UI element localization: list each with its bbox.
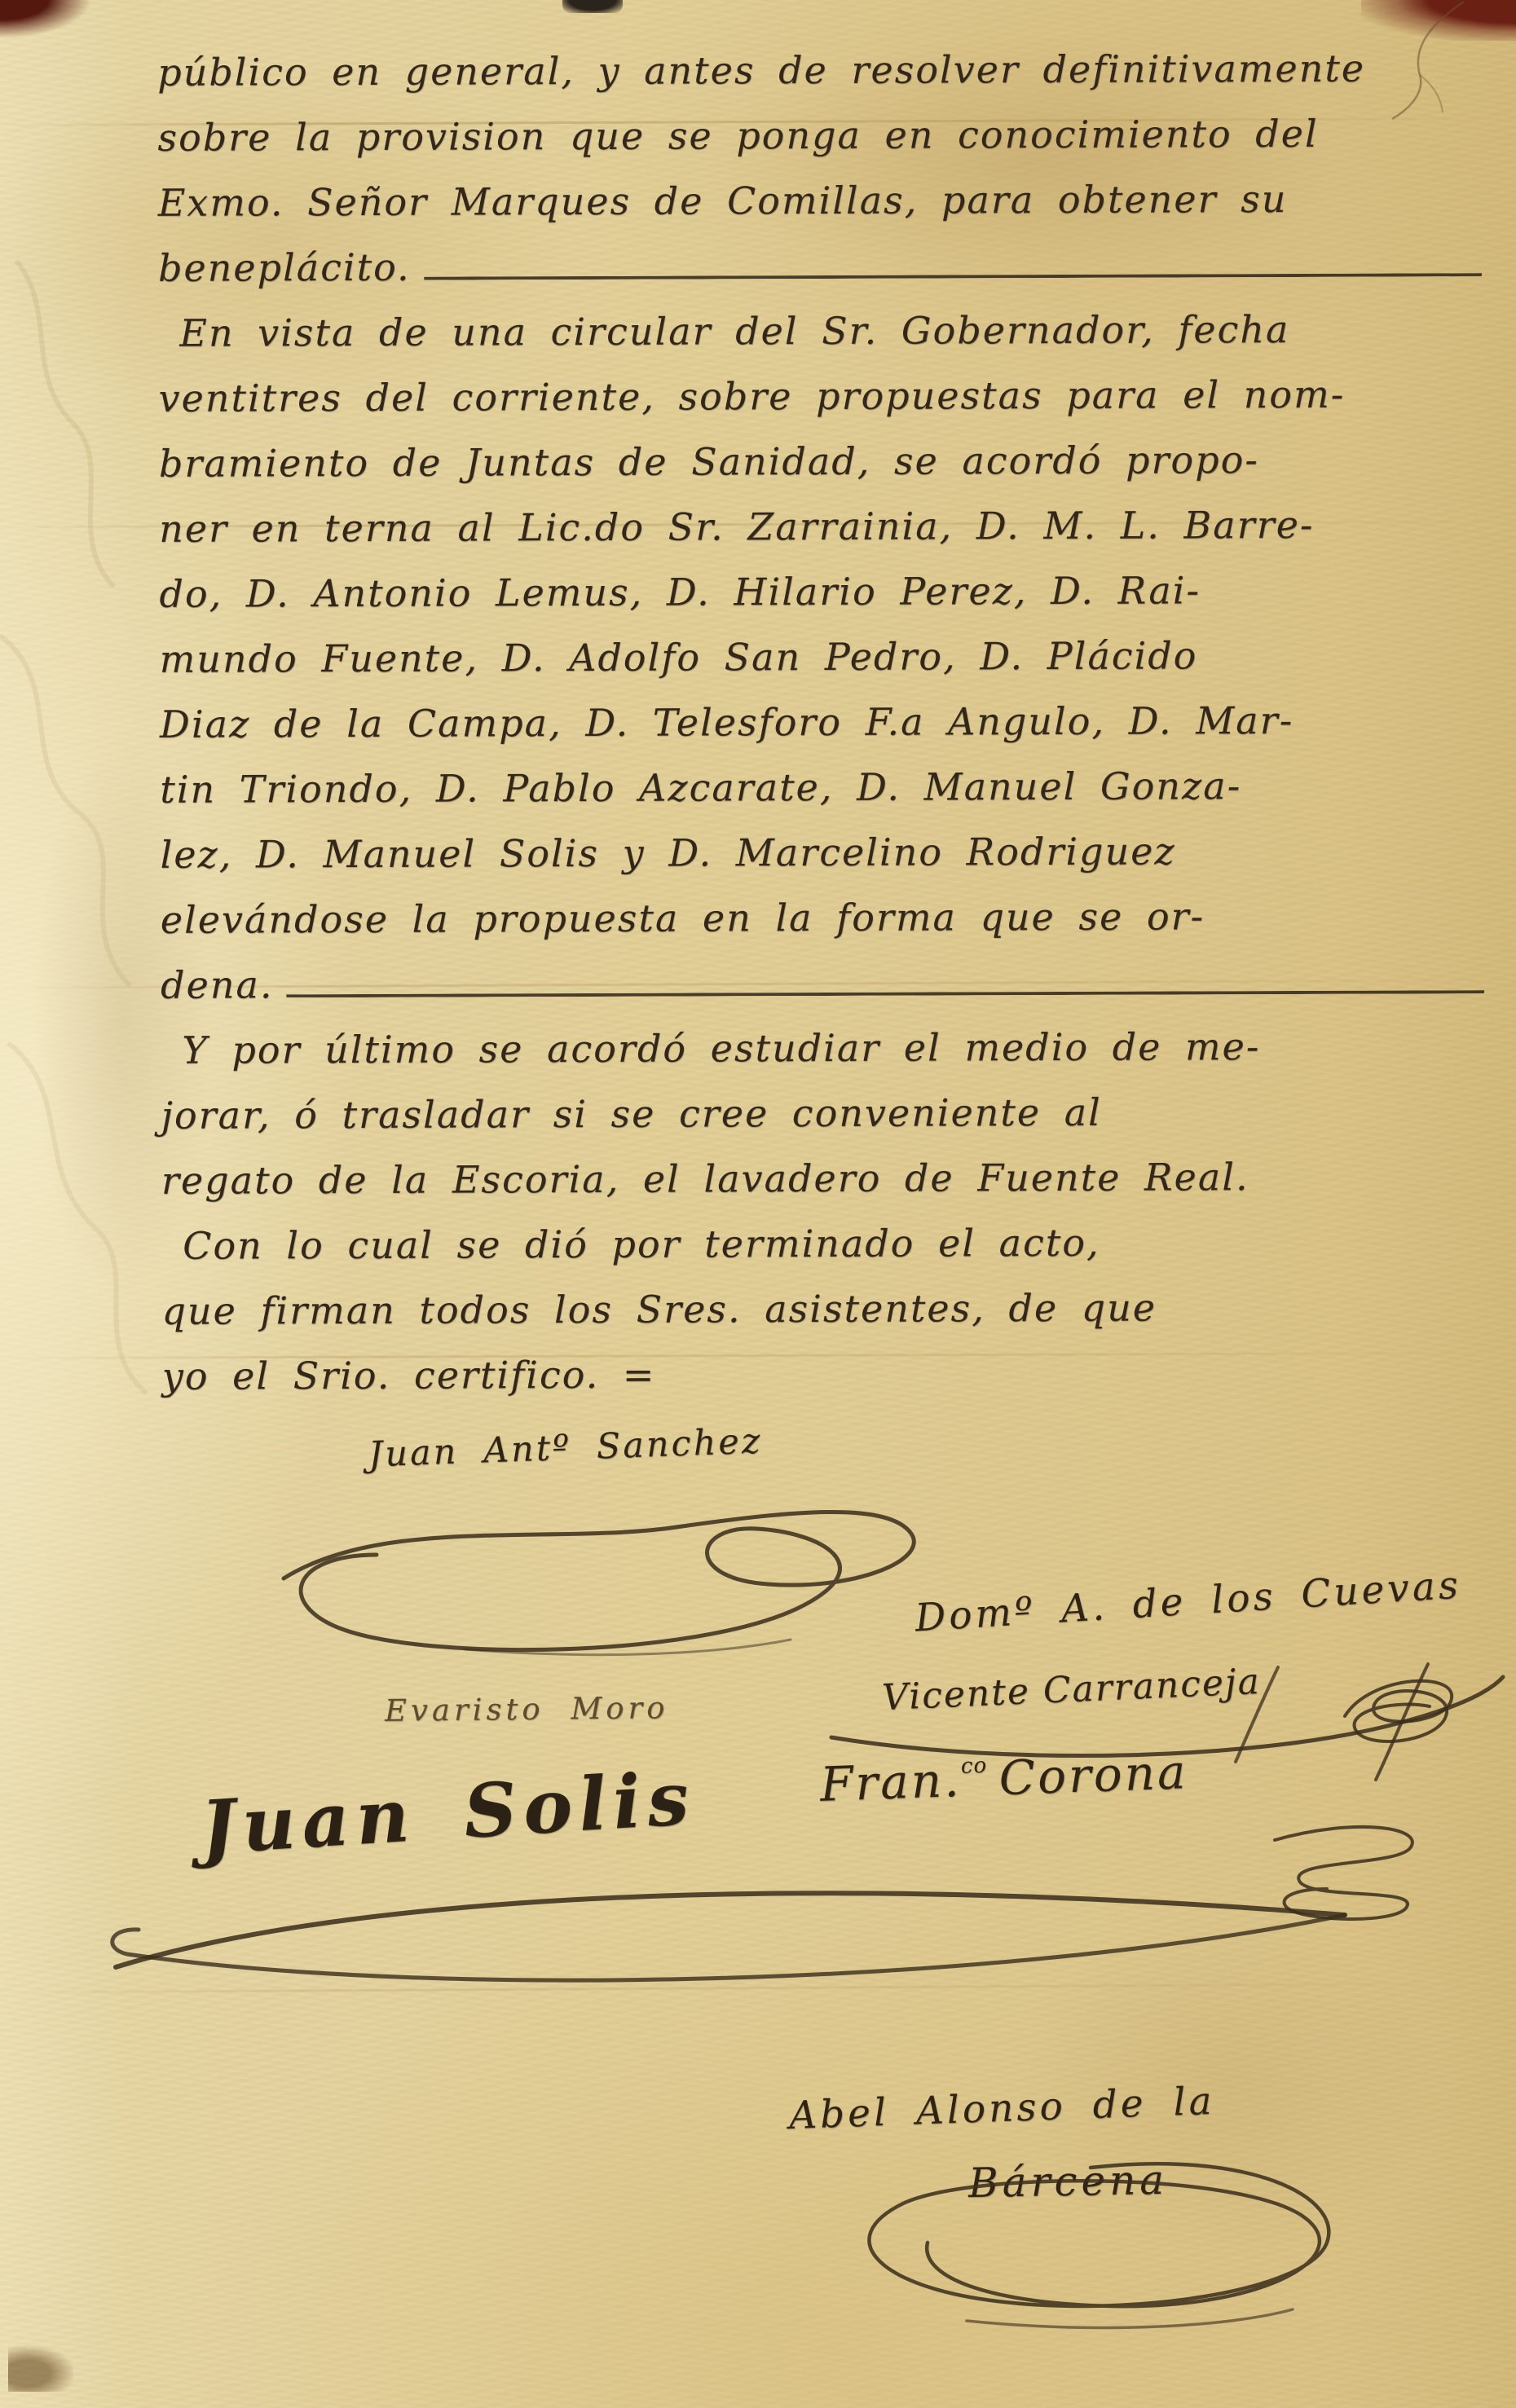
line-text: Exmo. Señor Marques de Comillas, para ob… (158, 166, 1288, 236)
signature-name: Vicente Carranceja (881, 1661, 1262, 1719)
signature-name: Juan Solis (198, 1755, 698, 1872)
signature-vicente-carranceja: Vicente Carranceja (881, 1661, 1262, 1719)
signature-name: Fran. (819, 1752, 963, 1812)
signature-juan-antonio-sanchez: Juan Antº Sanchez (368, 1421, 763, 1476)
line-text: sobre la provision que se ponga en conoc… (157, 101, 1318, 170)
signature-name: Evaristo Moro (385, 1690, 669, 1728)
signature-name: Juan Antº Sanchez (368, 1421, 763, 1476)
line-text: ventitres del corriente, sobre propuesta… (158, 362, 1345, 431)
signature-name: Abel Alonso de la (788, 2079, 1215, 2138)
text-line-5: En vista de una circular del Sr. Goberna… (158, 296, 1485, 366)
text-line-8: ner en terna al Lic.do Sr. Zarrainia, D.… (159, 491, 1486, 561)
binding-mark-top-center (562, 0, 623, 13)
text-line-1: público en general, y antes de resolver … (157, 35, 1484, 105)
line-text: yo el Srio. certifico. = (162, 1342, 656, 1409)
text-line-15: dena. (161, 948, 1487, 1018)
paper-crease (0, 1982, 1516, 1993)
line-text: do, D. Antonio Lemus, D. Hilario Perez, … (159, 557, 1201, 626)
signature-rubric-sanchez (269, 1477, 954, 1664)
signature-juan-solis: Juan Solis (198, 1755, 698, 1872)
signature-dom-a-de-los-cuevas: Domº A. de los Cuevas (914, 1563, 1462, 1641)
signature-rubric-carranceja (1322, 1657, 1493, 1788)
text-line-19: Con lo cual se dió por terminado el acto… (161, 1208, 1488, 1279)
signature-abel-alonso-line1: Abel Alonso de la (788, 2079, 1215, 2138)
line-text: regato de la Escoria, el lavadero de Fue… (161, 1144, 1249, 1213)
filler-rule (423, 231, 1482, 280)
manuscript-page: público en general, y antes de resolver … (0, 0, 1516, 2408)
text-line-9: do, D. Antonio Lemus, D. Hilario Perez, … (159, 557, 1486, 627)
signature-name: Corona (998, 1744, 1188, 1806)
text-line-11: Diaz de la Campa, D. Telesforo F.a Angul… (160, 687, 1487, 757)
line-text: tin Triondo, D. Pablo Azcarate, D. Manue… (160, 753, 1241, 822)
text-line-14: elevándose la propuesta en la forma que … (161, 883, 1487, 953)
text-line-6: ventitres del corriente, sobre propuesta… (158, 361, 1485, 431)
line-text: bramiento de Juntas de Sanidad, se acord… (159, 427, 1259, 496)
line-text: jorar, ó trasladar si se cree convenient… (161, 1080, 1102, 1148)
text-line-10: mundo Fuente, D. Adolfo San Pedro, D. Pl… (160, 622, 1487, 692)
signature-name: Bárcena (968, 2156, 1169, 2207)
filler-rule (286, 948, 1484, 997)
line-text: elevándose la propuesta en la forma que … (161, 883, 1205, 952)
edge-stain-bottom-left (8, 2346, 73, 2392)
binding-mark-top-left (0, 0, 90, 37)
manuscript-text: público en general, y antes de resolver … (157, 35, 1489, 1409)
line-text: beneplácito. (158, 235, 411, 301)
line-text: público en general, y antes de resolver … (157, 36, 1365, 105)
line-text: Y por último se acordó estudiar el medio… (161, 1014, 1260, 1083)
line-text: lez, D. Manuel Solis y D. Marcelino Rodr… (160, 818, 1175, 887)
signature-evaristo-moro: Evaristo Moro (385, 1690, 669, 1728)
text-line-16: Y por último se acordó estudiar el medio… (161, 1013, 1487, 1083)
signature-abel-alonso-line2: Bárcena (968, 2156, 1169, 2207)
text-line-13: lez, D. Manuel Solis y D. Marcelino Rodr… (160, 817, 1487, 887)
signature-name: Domº A. de los Cuevas (914, 1563, 1462, 1641)
line-text: dena. (161, 952, 274, 1017)
text-line-3: Exmo. Señor Marques de Comillas, para ob… (158, 165, 1485, 236)
line-text: mundo Fuente, D. Adolfo San Pedro, D. Pl… (160, 623, 1198, 691)
line-text: Con lo cual se dió por terminado el acto… (161, 1210, 1100, 1279)
text-line-20: que firman todos los Sres. asistentes, d… (161, 1274, 1488, 1344)
line-text: Diaz de la Campa, D. Telesforo F.a Angul… (160, 688, 1293, 757)
text-line-18: regato de la Escoria, el lavadero de Fue… (161, 1143, 1488, 1213)
signature-rubric-corona (1245, 1812, 1441, 1935)
line-text: En vista de una circular del Sr. Goberna… (158, 297, 1289, 366)
ink-bleedthrough (0, 212, 179, 1434)
text-line-21: yo el Srio. certifico. = (162, 1339, 1489, 1409)
text-line-7: bramiento de Juntas de Sanidad, se acord… (159, 426, 1486, 496)
text-line-4: beneplácito. (158, 231, 1485, 301)
text-line-17: jorar, ó trasladar si se cree convenient… (161, 1078, 1488, 1148)
signature-superscript: co (960, 1754, 987, 1779)
text-line-12: tin Triondo, D. Pablo Azcarate, D. Manue… (160, 752, 1487, 822)
line-text: ner en terna al Lic.do Sr. Zarrainia, D.… (159, 492, 1315, 561)
text-line-2: sobre la provision que se ponga en conoc… (157, 100, 1484, 170)
line-text: que firman todos los Sres. asistentes, d… (161, 1275, 1157, 1344)
signature-francisco-corona: Fran.coCorona (819, 1744, 1189, 1812)
